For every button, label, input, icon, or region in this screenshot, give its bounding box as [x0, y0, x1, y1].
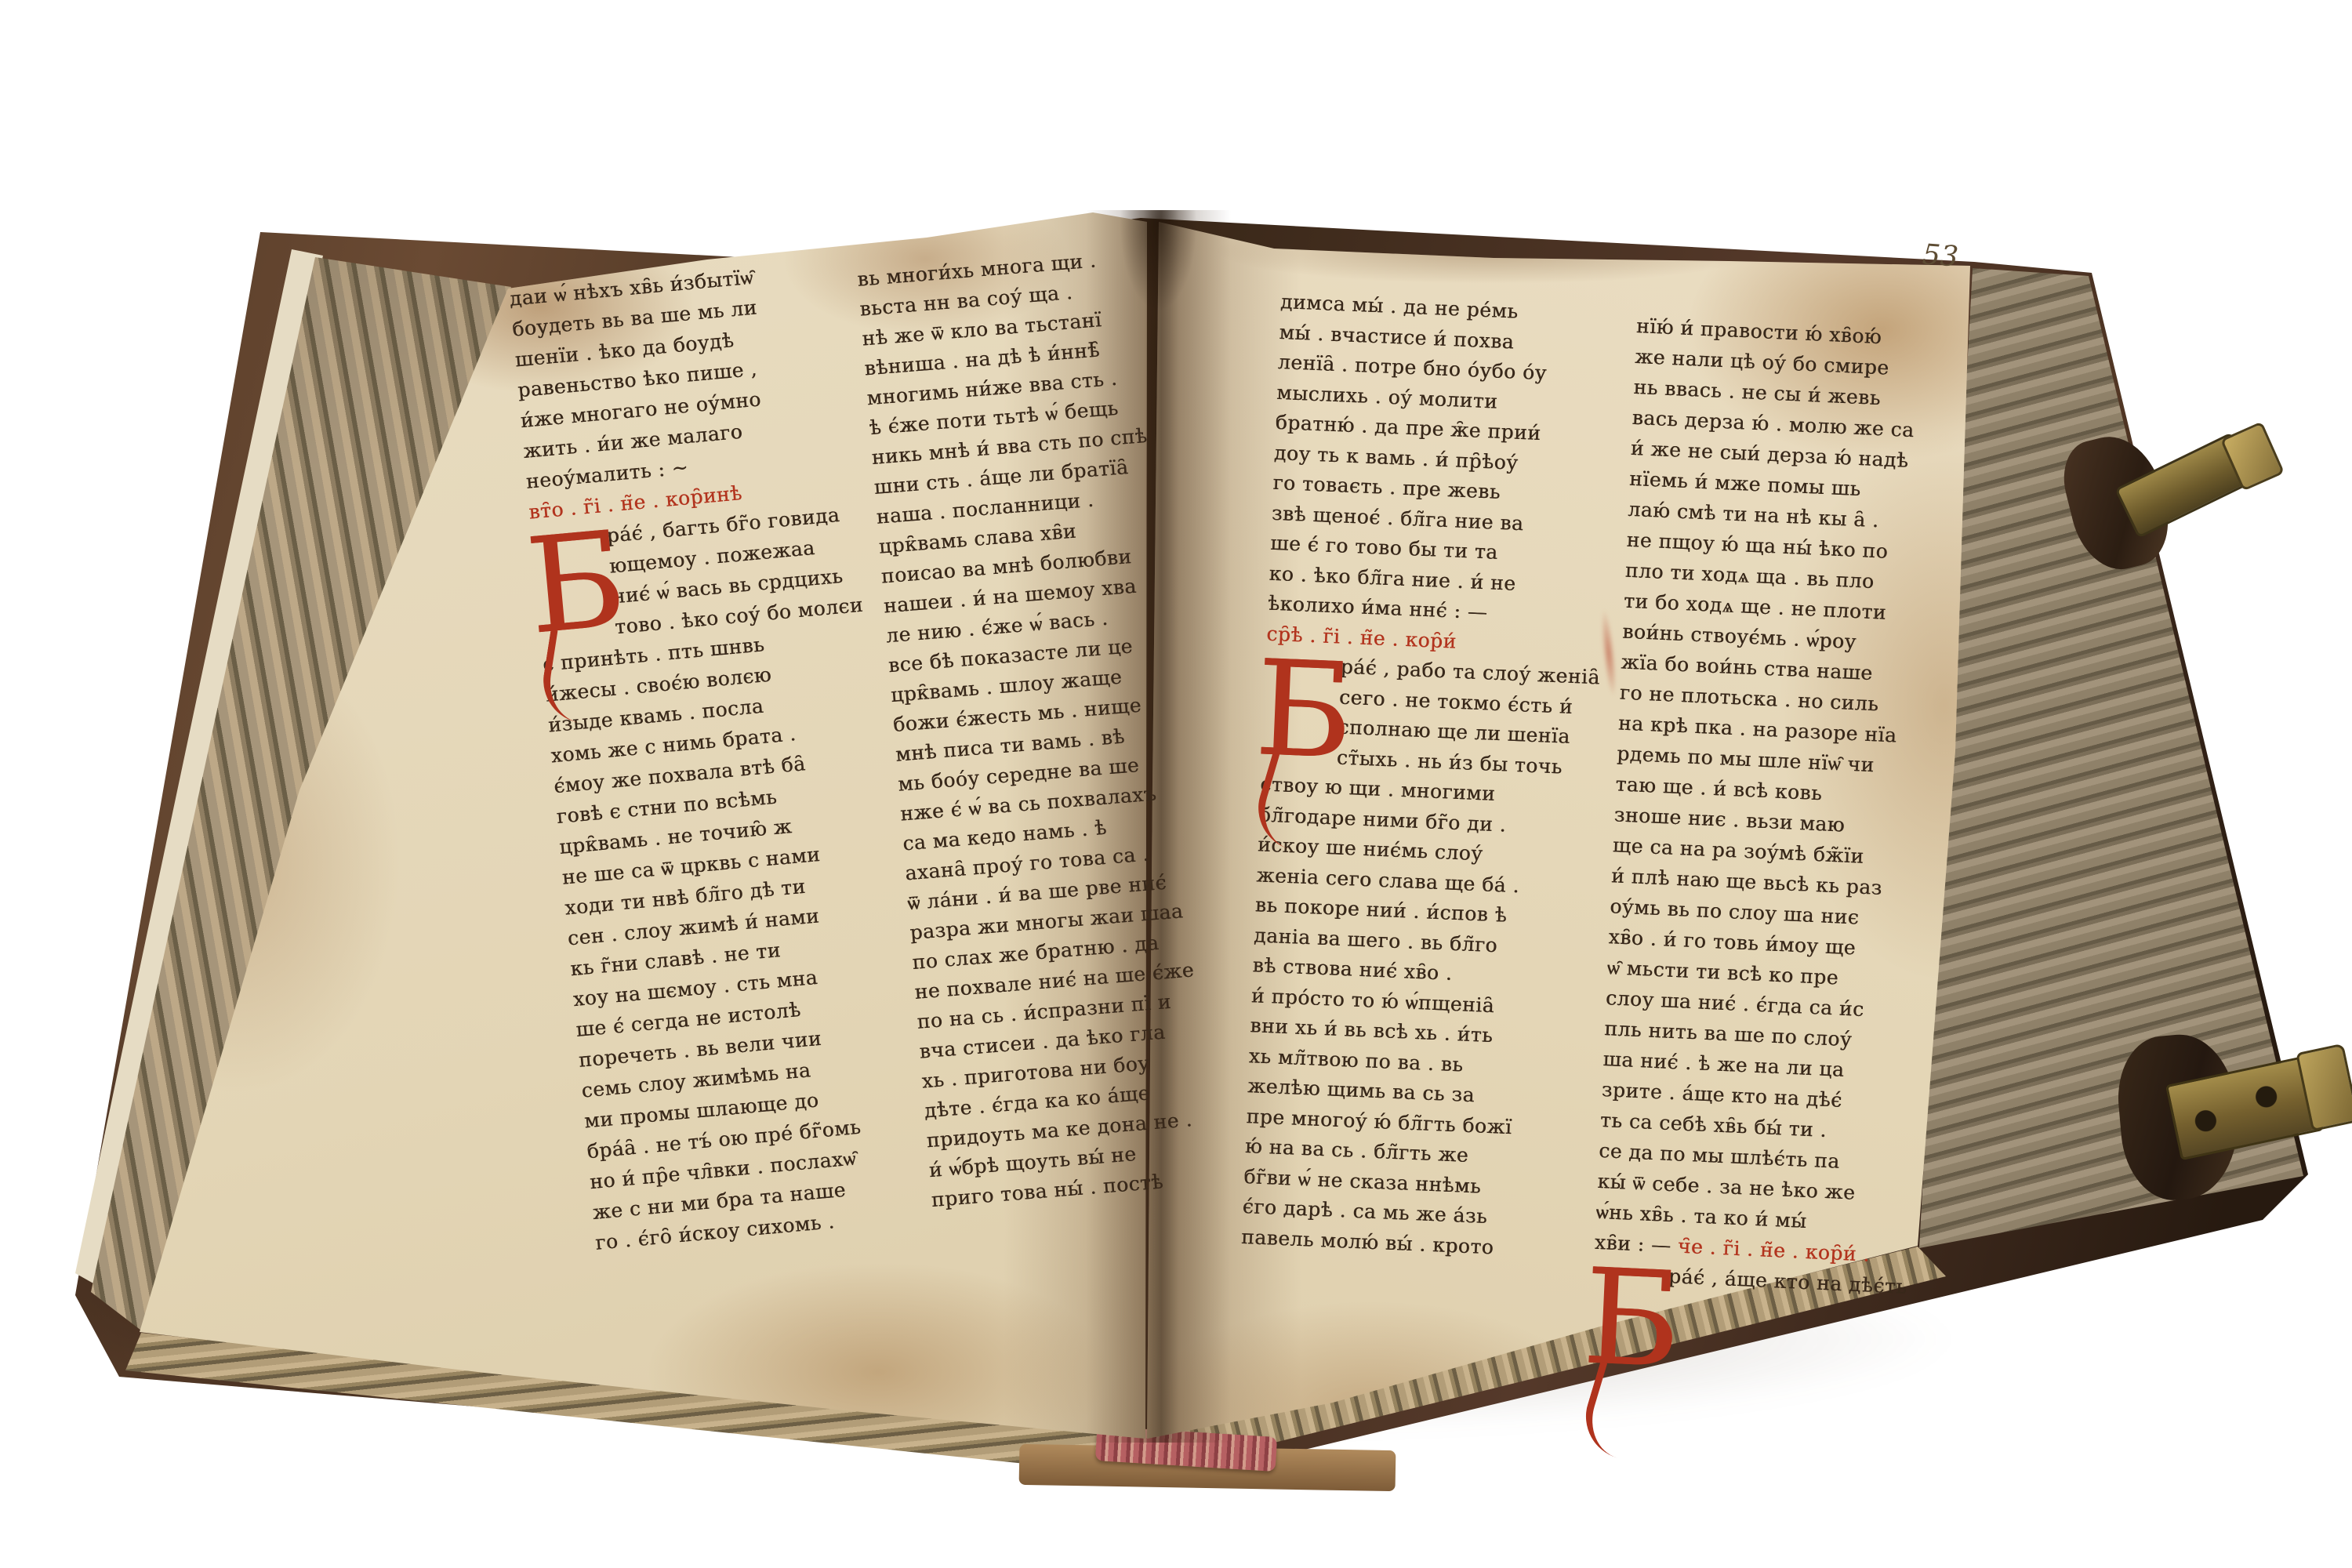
illuminated-initial: Б — [522, 514, 631, 654]
rubric-text: ч̑е . г̃і . н̃е . кор̑и́ . — [1677, 1235, 1870, 1266]
illuminated-initial: Б — [1253, 642, 1356, 778]
folio-number: 53 — [1922, 238, 1960, 273]
lower-clasp — [2117, 1019, 2352, 1239]
photo-background: даи ѡ́ нѣхъ хв̑ь и́збытїѡ̑боудеть вь ва … — [0, 0, 2352, 1568]
right-page-column-1: димса мы́ . да не ре́мьмы́ . вчастисе и́… — [1240, 287, 1610, 1266]
upper-clasp — [2070, 408, 2305, 596]
illuminated-initial: Б — [1581, 1250, 1683, 1386]
right-page-column-2: нїю́ и́ правости ю́ хв̑ою́же нали цѣ оу́… — [1592, 310, 1973, 1303]
